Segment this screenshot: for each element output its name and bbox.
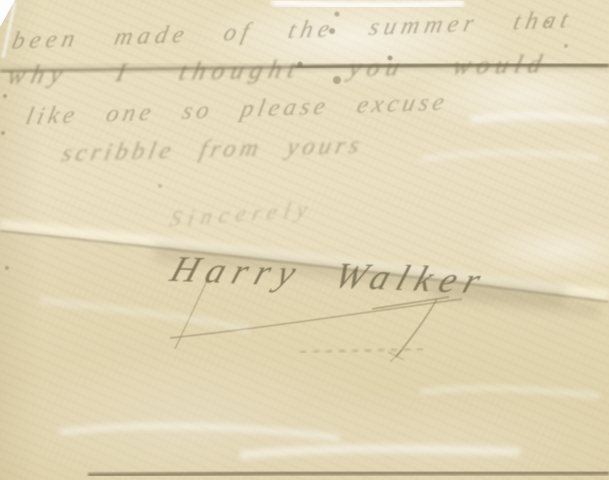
- scanned-letter: been made of the summer that why I thoug…: [0, 0, 609, 480]
